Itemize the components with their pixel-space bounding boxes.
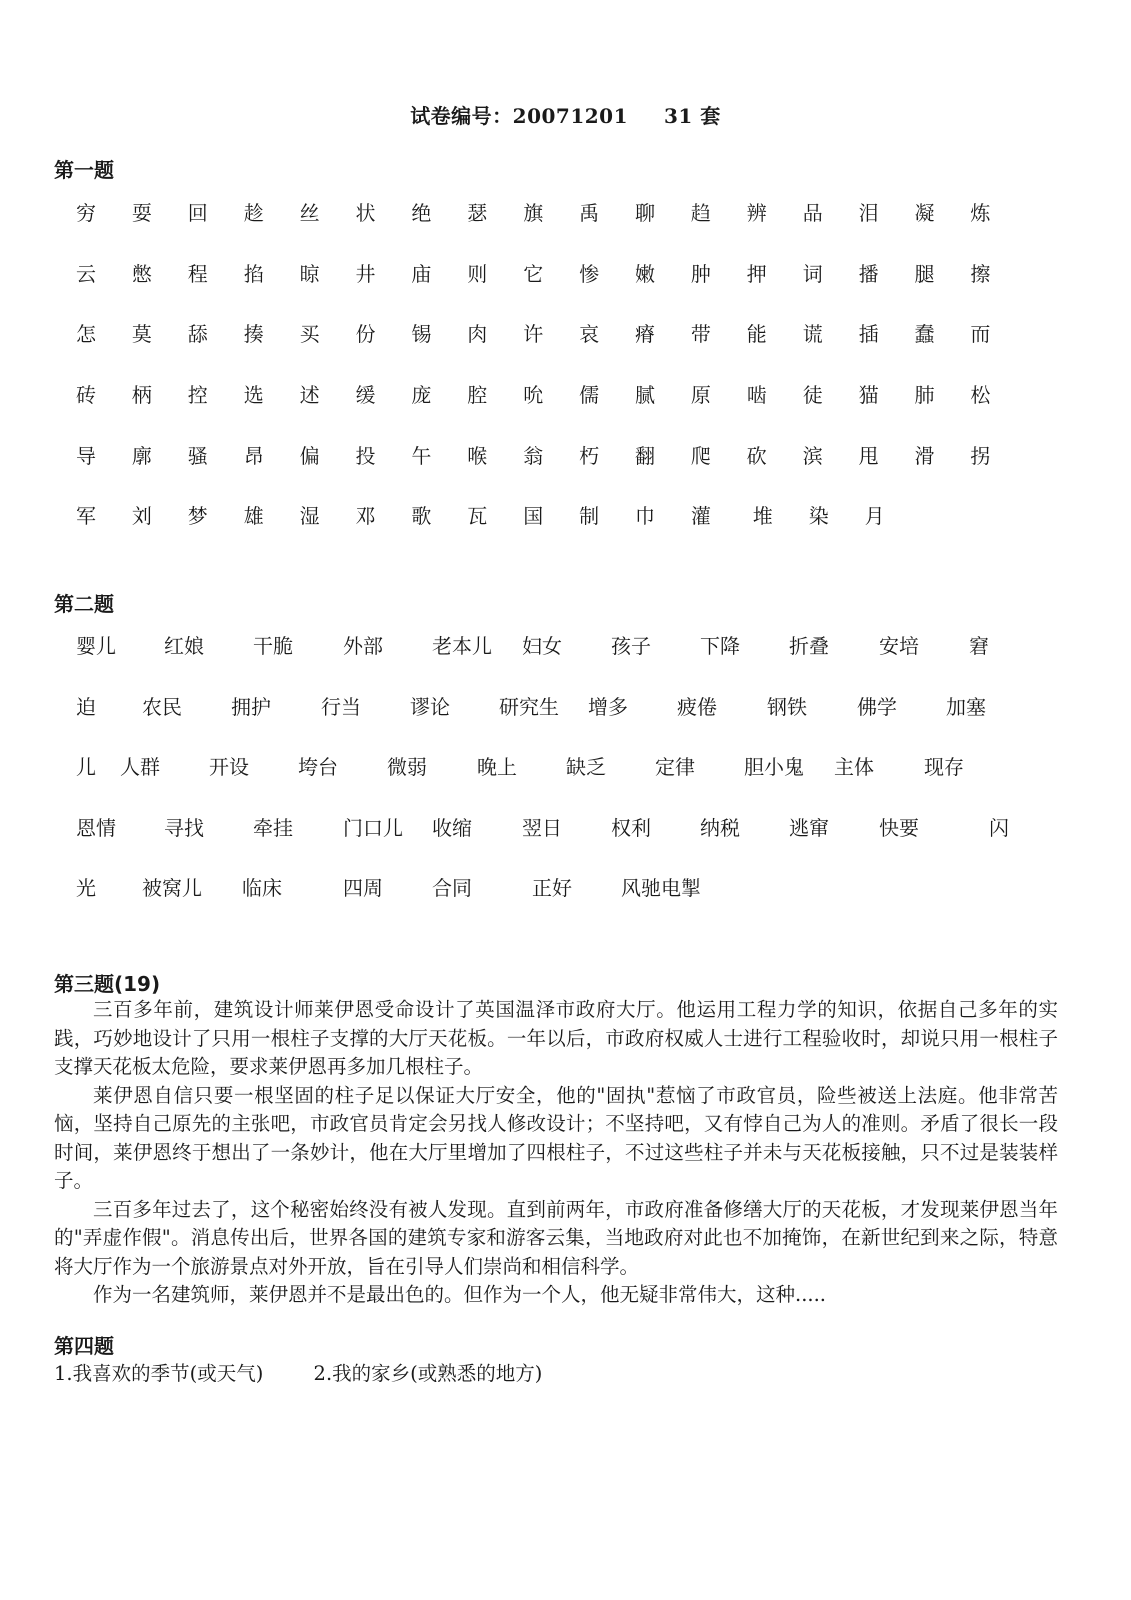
char-item: 插 bbox=[859, 318, 889, 347]
char-item: 喉 bbox=[467, 440, 497, 469]
char-item: 爬 bbox=[691, 440, 721, 469]
word-item: 安培 bbox=[879, 630, 919, 659]
word-item: 现存 bbox=[924, 751, 964, 780]
word-item: 拥护 bbox=[231, 691, 271, 720]
char-item: 穷 bbox=[76, 197, 106, 226]
exam-number: 试卷编号：20071201 bbox=[410, 104, 628, 128]
word-item: 迫 bbox=[76, 691, 96, 720]
word-item: 加塞 bbox=[946, 691, 986, 720]
word-item: 农民 bbox=[142, 691, 182, 720]
word-item: 风驰电掣 bbox=[621, 872, 701, 901]
char-item: 买 bbox=[300, 318, 330, 347]
q4-heading: 第四题 bbox=[54, 1330, 114, 1359]
paragraph: 莱伊恩自信只要一根坚固的柱子足以保证大厅安全，他的"固执"惹恼了市政官员，险些被… bbox=[54, 1082, 1058, 1196]
char-item: 瘠 bbox=[635, 318, 665, 347]
char-item: 许 bbox=[523, 318, 553, 347]
char-item: 舔 bbox=[188, 318, 218, 347]
char-item: 控 bbox=[188, 379, 218, 408]
char-item: 拐 bbox=[970, 440, 1000, 469]
char-item: 井 bbox=[356, 258, 386, 287]
char-item: 偏 bbox=[300, 440, 330, 469]
char-item: 凝 bbox=[915, 197, 945, 226]
char-item: 猫 bbox=[859, 379, 889, 408]
q2-heading: 第二题 bbox=[54, 588, 114, 617]
char-item: 锡 bbox=[411, 318, 441, 347]
word-item: 开设 bbox=[209, 751, 249, 780]
char-item: 播 bbox=[859, 258, 889, 287]
char-item: 耍 bbox=[132, 197, 162, 226]
char-item: 蠢 bbox=[915, 318, 945, 347]
char-item: 巾 bbox=[635, 500, 665, 529]
char-item: 翁 bbox=[523, 440, 553, 469]
word-item: 下降 bbox=[700, 630, 740, 659]
word-item: 临床 bbox=[242, 872, 282, 901]
char-item: 骚 bbox=[188, 440, 218, 469]
word-item: 微弱 bbox=[387, 751, 427, 780]
char-item: 邓 bbox=[356, 500, 386, 529]
word-item: 纳税 bbox=[700, 812, 740, 841]
char-item: 腔 bbox=[467, 379, 497, 408]
char-item: 湿 bbox=[300, 500, 330, 529]
char-item: 憋 bbox=[132, 258, 162, 287]
topic-2: 2.我的家乡(或熟悉的地方) bbox=[314, 1362, 543, 1385]
char-item: 趁 bbox=[244, 197, 274, 226]
word-item: 研究生 bbox=[499, 691, 559, 720]
char-item: 带 bbox=[691, 318, 721, 347]
char-item: 擦 bbox=[970, 258, 1000, 287]
word-item: 缺乏 bbox=[566, 751, 606, 780]
topic-1: 1.我喜欢的季节(或天气) bbox=[54, 1362, 263, 1385]
char-item: 瑟 bbox=[467, 197, 497, 226]
char-item: 能 bbox=[747, 318, 777, 347]
char-item: 肿 bbox=[691, 258, 721, 287]
char-item: 辨 bbox=[747, 197, 777, 226]
char-item: 绝 bbox=[411, 197, 441, 226]
char-item: 滨 bbox=[803, 440, 833, 469]
word-item: 合同 bbox=[432, 872, 472, 901]
word-item: 恩情 bbox=[76, 812, 116, 841]
char-item: 趋 bbox=[691, 197, 721, 226]
exam-title: 试卷编号：2007120131 套 bbox=[0, 100, 1131, 129]
char-item: 原 bbox=[691, 379, 721, 408]
char-item: 砍 bbox=[747, 440, 777, 469]
char-item: 染 bbox=[809, 500, 839, 529]
word-item: 晚上 bbox=[477, 751, 517, 780]
char-item: 翻 bbox=[635, 440, 665, 469]
char-item: 回 bbox=[188, 197, 218, 226]
char-item: 午 bbox=[411, 440, 441, 469]
q4-topics: 1.我喜欢的季节(或天气) 2.我的家乡(或熟悉的地方) bbox=[54, 1358, 586, 1386]
char-item: 禹 bbox=[579, 197, 609, 226]
char-item: 述 bbox=[300, 379, 330, 408]
char-item: 腻 bbox=[635, 379, 665, 408]
word-item: 老本儿 bbox=[432, 630, 492, 659]
char-item: 歌 bbox=[411, 500, 441, 529]
char-item: 庙 bbox=[411, 258, 441, 287]
char-item: 朽 bbox=[579, 440, 609, 469]
char-item: 甩 bbox=[859, 440, 889, 469]
char-item: 制 bbox=[579, 500, 609, 529]
paragraph: 作为一名建筑师，莱伊恩并不是最出色的。但作为一个人，他无疑非常伟大，这种....… bbox=[54, 1281, 1058, 1310]
char-item: 莫 bbox=[132, 318, 162, 347]
word-item: 闪 bbox=[989, 812, 1009, 841]
char-item: 则 bbox=[467, 258, 497, 287]
char-item: 腿 bbox=[915, 258, 945, 287]
exam-set: 31 套 bbox=[664, 104, 721, 128]
char-item: 吮 bbox=[523, 379, 553, 408]
char-item: 惨 bbox=[579, 258, 609, 287]
word-item: 钢铁 bbox=[767, 691, 807, 720]
word-item: 主体 bbox=[834, 751, 874, 780]
word-item: 儿 bbox=[76, 751, 96, 780]
word-item: 人群 bbox=[120, 751, 160, 780]
char-item: 庞 bbox=[411, 379, 441, 408]
word-item: 行当 bbox=[321, 691, 361, 720]
word-item: 垮台 bbox=[298, 751, 338, 780]
char-item: 雄 bbox=[244, 500, 274, 529]
char-item: 梦 bbox=[188, 500, 218, 529]
char-item: 缓 bbox=[356, 379, 386, 408]
char-item: 晾 bbox=[300, 258, 330, 287]
char-item: 品 bbox=[803, 197, 833, 226]
word-item: 胆小鬼 bbox=[744, 751, 804, 780]
char-item: 谎 bbox=[803, 318, 833, 347]
word-item: 定律 bbox=[655, 751, 695, 780]
char-item: 国 bbox=[523, 500, 553, 529]
word-item: 佛学 bbox=[857, 691, 897, 720]
char-item: 状 bbox=[356, 197, 386, 226]
char-item: 哀 bbox=[579, 318, 609, 347]
word-item: 疲倦 bbox=[677, 691, 717, 720]
char-item: 廓 bbox=[132, 440, 162, 469]
word-item: 被窝儿 bbox=[142, 872, 202, 901]
char-item: 丝 bbox=[300, 197, 330, 226]
word-item: 收缩 bbox=[432, 812, 472, 841]
char-item: 揍 bbox=[244, 318, 274, 347]
word-item: 干脆 bbox=[253, 630, 293, 659]
char-item: 柄 bbox=[132, 379, 162, 408]
char-item: 词 bbox=[803, 258, 833, 287]
char-item: 砖 bbox=[76, 379, 106, 408]
paragraph: 三百多年过去了，这个秘密始终没有被人发现。直到前两年，市政府准备修缮大厅的天花板… bbox=[54, 1196, 1058, 1282]
char-item: 押 bbox=[747, 258, 777, 287]
word-item: 四周 bbox=[343, 872, 383, 901]
char-item: 云 bbox=[76, 258, 106, 287]
word-item: 窘 bbox=[969, 630, 989, 659]
char-item: 昂 bbox=[244, 440, 274, 469]
q3-passage: 三百多年前，建筑设计师莱伊恩受命设计了英国温泽市政府大厅。他运用工程力学的知识，… bbox=[54, 996, 1058, 1310]
word-item: 外部 bbox=[343, 630, 383, 659]
word-item: 逃窜 bbox=[789, 812, 829, 841]
char-item: 而 bbox=[970, 318, 1000, 347]
word-item: 婴儿 bbox=[76, 630, 116, 659]
word-item: 正好 bbox=[532, 872, 572, 901]
word-item: 孩子 bbox=[611, 630, 651, 659]
char-item: 滑 bbox=[915, 440, 945, 469]
char-item: 刘 bbox=[132, 500, 162, 529]
word-item: 翌日 bbox=[522, 812, 562, 841]
char-item: 旗 bbox=[523, 197, 553, 226]
char-item: 月 bbox=[865, 500, 895, 529]
char-item: 份 bbox=[356, 318, 386, 347]
paragraph: 三百多年前，建筑设计师莱伊恩受命设计了英国温泽市政府大厅。他运用工程力学的知识，… bbox=[54, 996, 1058, 1082]
char-item: 嫩 bbox=[635, 258, 665, 287]
word-item: 红娘 bbox=[164, 630, 204, 659]
char-item: 肉 bbox=[467, 318, 497, 347]
word-item: 谬论 bbox=[410, 691, 450, 720]
char-item: 肺 bbox=[915, 379, 945, 408]
word-item: 折叠 bbox=[789, 630, 829, 659]
q3-heading: 第三题(19) bbox=[54, 968, 160, 997]
char-item: 炼 bbox=[970, 197, 1000, 226]
word-item: 门口儿 bbox=[343, 812, 403, 841]
char-item: 堆 bbox=[753, 500, 783, 529]
word-item: 寻找 bbox=[164, 812, 204, 841]
char-item: 灌 bbox=[691, 500, 721, 529]
char-item: 军 bbox=[76, 500, 106, 529]
word-item: 快要 bbox=[879, 812, 919, 841]
char-item: 啮 bbox=[747, 379, 777, 408]
char-item: 瓦 bbox=[467, 500, 497, 529]
word-item: 增多 bbox=[588, 691, 628, 720]
char-item: 聊 bbox=[635, 197, 665, 226]
char-item: 导 bbox=[76, 440, 106, 469]
char-item: 程 bbox=[188, 258, 218, 287]
word-item: 权利 bbox=[611, 812, 651, 841]
char-item: 泪 bbox=[859, 197, 889, 226]
word-item: 牵挂 bbox=[253, 812, 293, 841]
char-item: 徒 bbox=[803, 379, 833, 408]
char-item: 它 bbox=[523, 258, 553, 287]
word-item: 光 bbox=[76, 872, 96, 901]
char-item: 掐 bbox=[244, 258, 274, 287]
char-item: 松 bbox=[970, 379, 1000, 408]
q1-heading: 第一题 bbox=[54, 154, 114, 183]
char-item: 选 bbox=[244, 379, 274, 408]
char-item: 怎 bbox=[76, 318, 106, 347]
char-item: 儒 bbox=[579, 379, 609, 408]
word-item: 妇女 bbox=[522, 630, 562, 659]
char-item: 投 bbox=[356, 440, 386, 469]
